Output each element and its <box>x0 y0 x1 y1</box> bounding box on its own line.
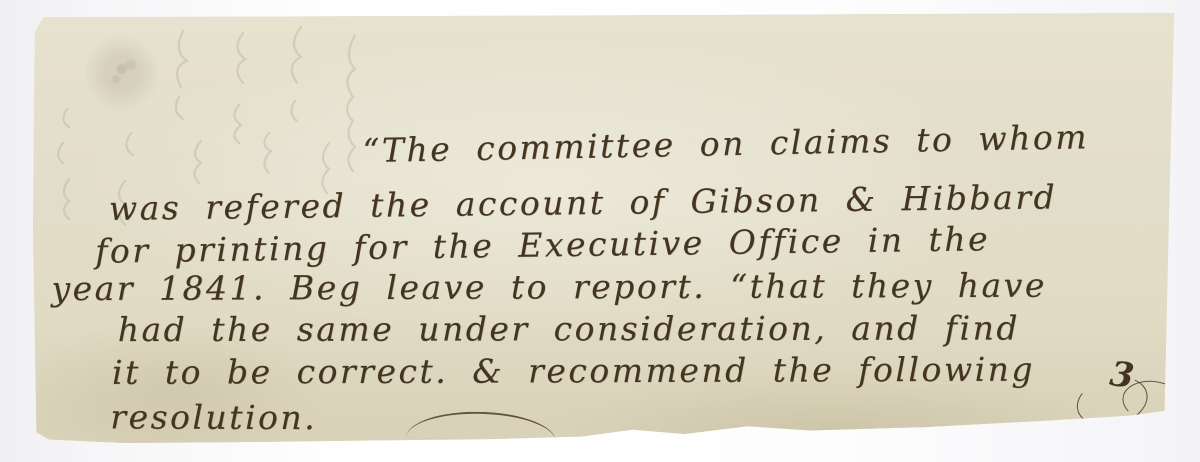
flourish-mark: 3 <box>1076 347 1187 440</box>
handwritten-line: year 1841. Beg leave to report. “that th… <box>51 266 1047 308</box>
handwritten-text: “The committee on claims to whom was ref… <box>32 9 1178 447</box>
pen-swash <box>406 410 557 442</box>
handwritten-line: for printing for the Executive Office in… <box>95 219 990 270</box>
paper-sheet: “The committee on claims to whom was ref… <box>33 13 1176 443</box>
handwritten-line: “The committee on claims to whom <box>362 117 1089 170</box>
handwritten-line: resolution. <box>110 397 317 437</box>
handwritten-line: had the same under consideration, and fi… <box>118 308 1020 349</box>
scan-background: “The committee on claims to whom was ref… <box>0 0 1200 462</box>
handwritten-line: it to be correct. & recommend the follow… <box>112 350 1035 392</box>
